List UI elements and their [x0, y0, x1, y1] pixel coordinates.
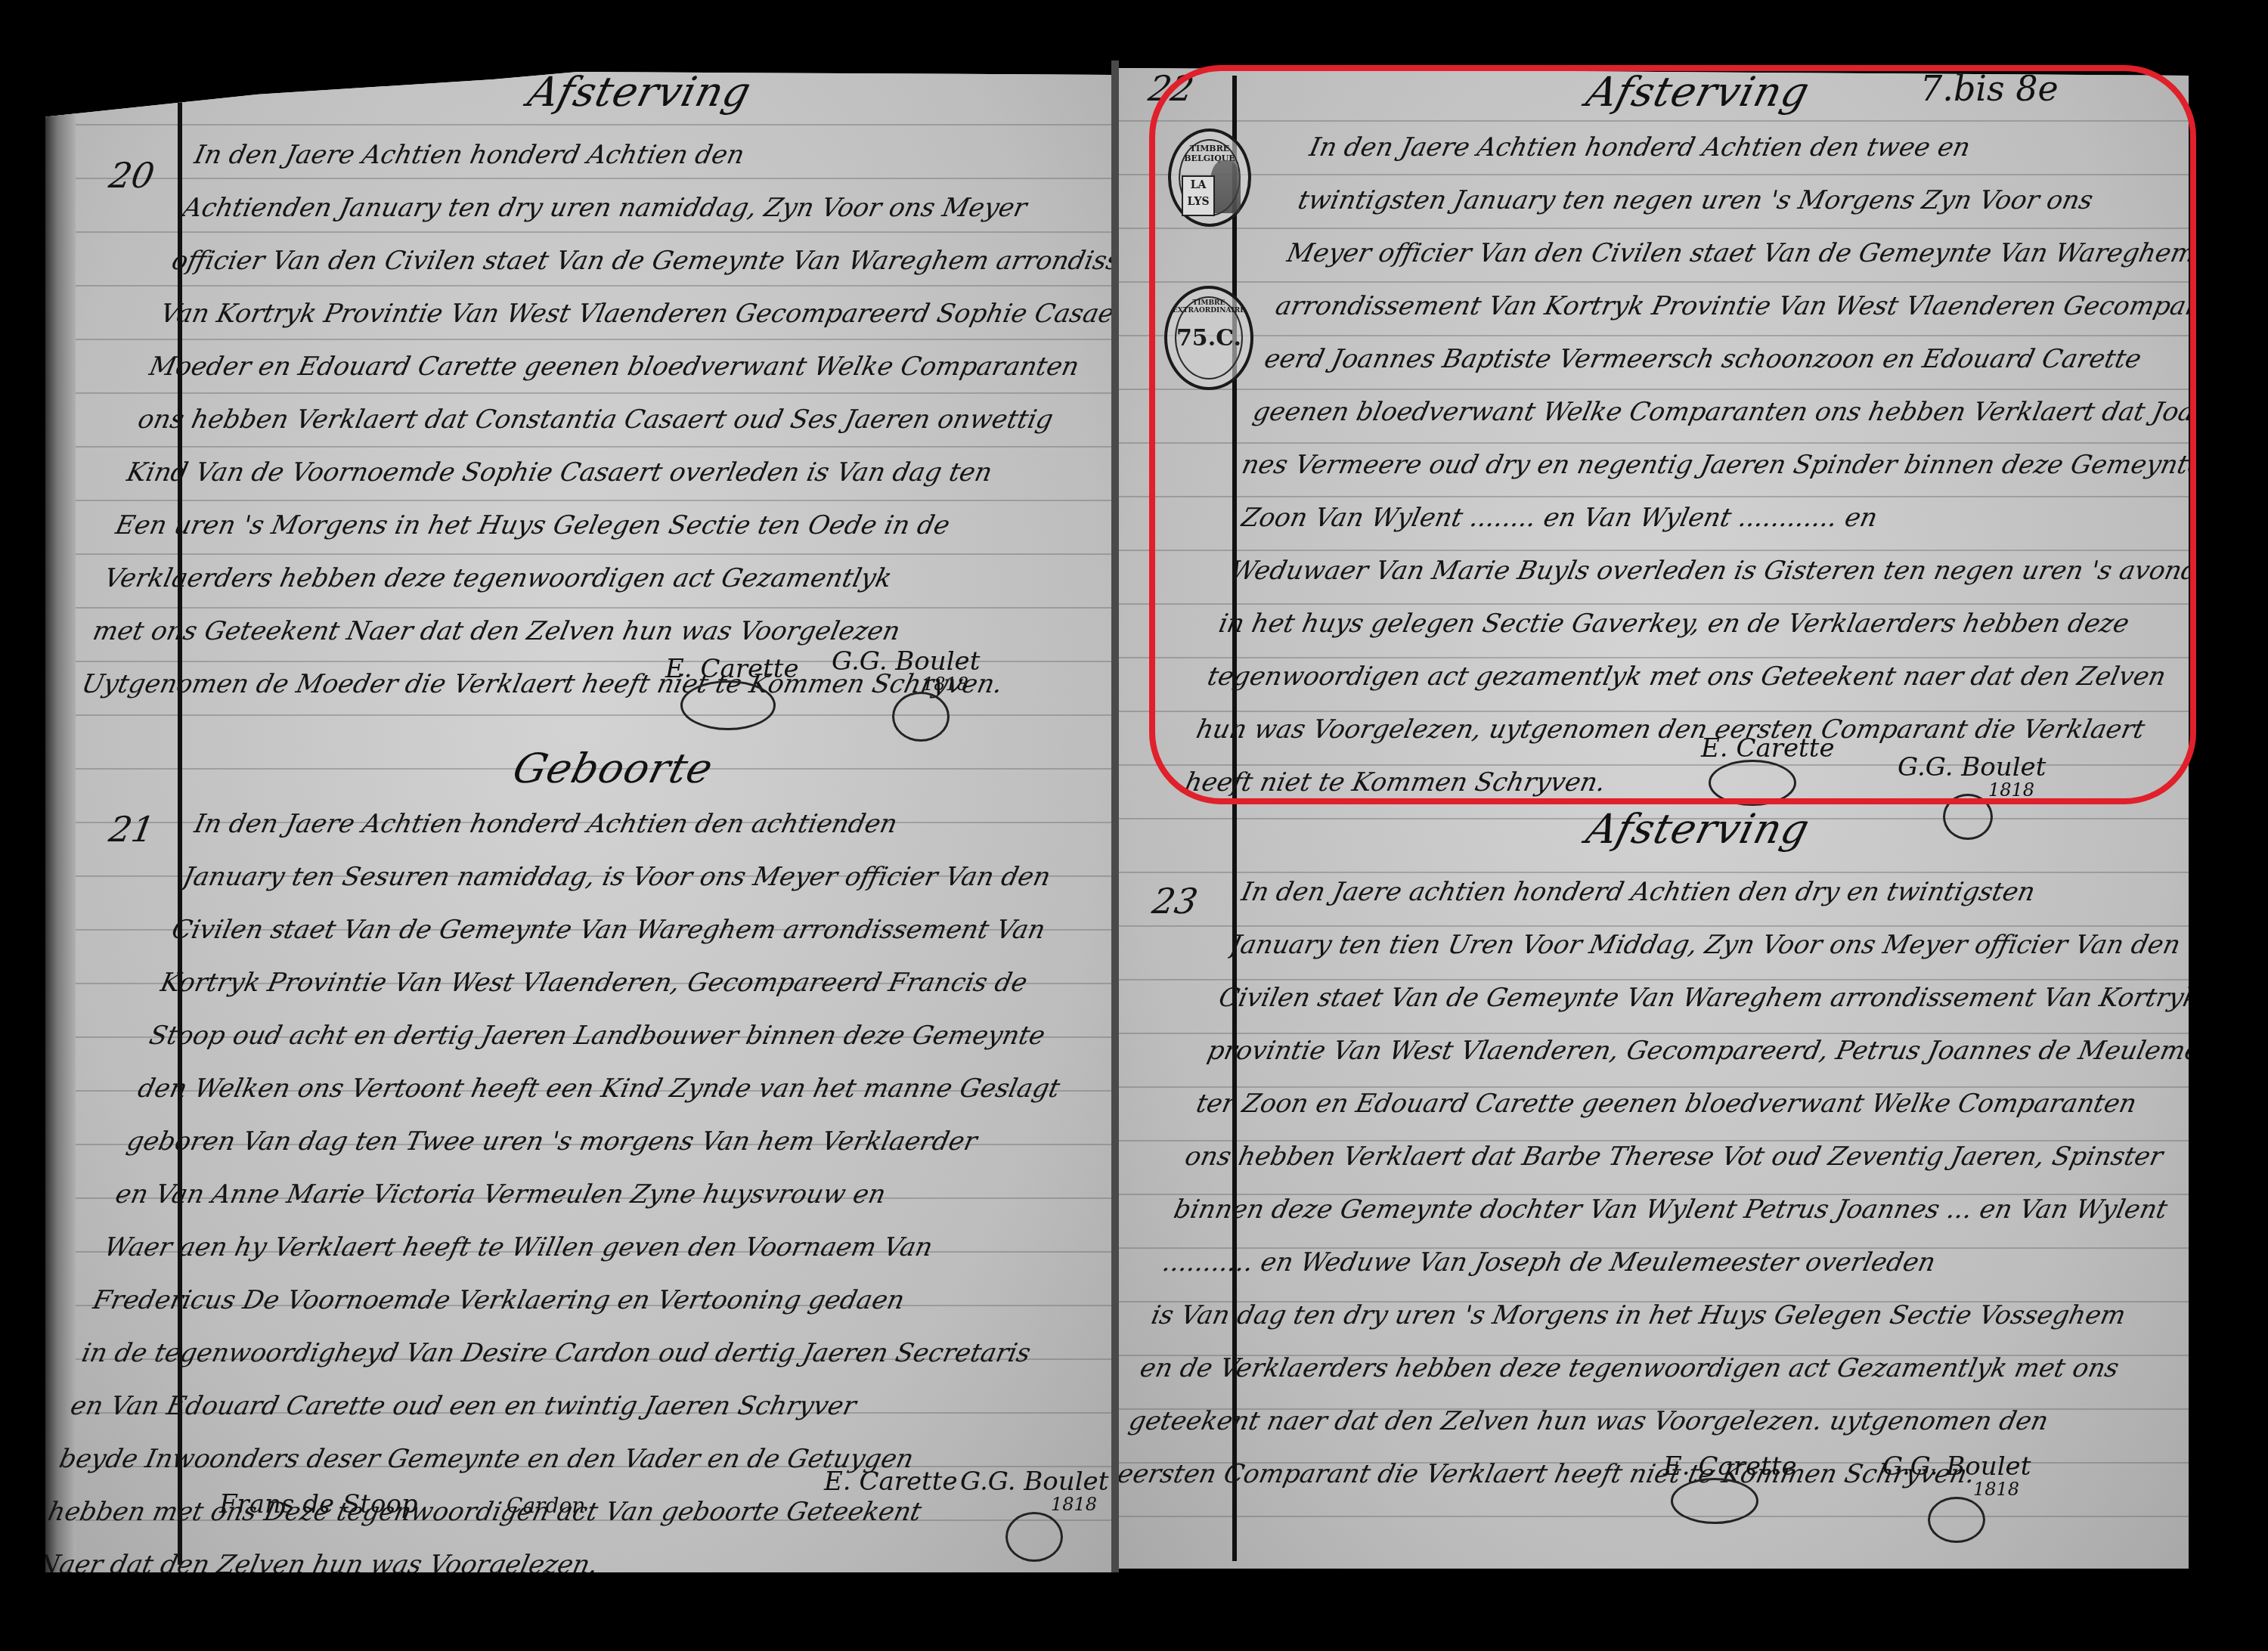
- signature: E. Carette: [824, 1467, 958, 1497]
- record-body: In den Jaere achtien honderd Achtien den…: [1112, 866, 2268, 1501]
- signature-flourish: [1005, 1512, 1063, 1562]
- text-line: den Welken ons Vertoont heeft een Kind Z…: [133, 1062, 1092, 1115]
- text-line: provintie Van West Vlaenderen, Gecompare…: [1202, 1024, 2242, 1077]
- signature: E. Carette: [665, 654, 799, 684]
- signature: G.G. Boulet 1818: [960, 1467, 1108, 1497]
- text-line: In den Jaere Achtien honderd Achtien den…: [189, 798, 1148, 850]
- text-line: en Van Edouard Carette oud een en twinti…: [65, 1380, 1024, 1433]
- text-line: Civilen staet Van de Gemeynte Van Waregh…: [1213, 971, 2254, 1024]
- text-line: Civilen staet Van de Gemeynte Van Waregh…: [166, 903, 1126, 956]
- text-line: is Van dag ten dry uren 's Morgens in he…: [1146, 1289, 2186, 1342]
- text-line: in de tegenwoordigheyd Van Desire Cardon…: [76, 1327, 1036, 1380]
- signature-flourish: [1928, 1497, 1985, 1543]
- record-heading: Afsterving: [1582, 68, 1814, 116]
- text-line: Kortryk Provintie Van West Vlaenderen, G…: [155, 956, 1114, 1009]
- signature-year: 1818: [1973, 1479, 2019, 1500]
- signature: G.G. Boulet 1818: [1882, 1451, 2031, 1482]
- signature: Frans de Stoop: [219, 1489, 418, 1519]
- signature: E. Carette: [1663, 1451, 1797, 1482]
- stamp-text: TIMBRE BELGIQUE: [1171, 144, 1248, 163]
- text-line: Meyer officier Van den Civilen staet Van…: [1281, 227, 2258, 280]
- text-line: Stoop oud acht en dertig Jaeren Landbouw…: [144, 1009, 1104, 1062]
- text-line: geenen bloedverwant Welke Comparanten on…: [1248, 386, 2225, 438]
- signature-flourish: [1709, 760, 1796, 806]
- text-line: Moeder en Edouard Carette geenen bloedve…: [144, 340, 1185, 393]
- record-body: In den Jaere Achtien honderd Achtien den…: [1237, 121, 2268, 491]
- text-line: Naer dat den Zelven hun was Voorgelezen.: [32, 1538, 991, 1591]
- record-heading: Afsterving: [1582, 805, 1814, 853]
- signature-flourish: [680, 680, 776, 730]
- signature-year: 1818: [1051, 1494, 1097, 1515]
- record-number: 20: [106, 155, 157, 196]
- text-line: ter Zoon en Edouard Carette geenen bloed…: [1191, 1077, 2232, 1130]
- record-heading: Afsterving: [523, 68, 756, 116]
- text-line: tegenwoordigen act gezamentlyk met ons G…: [1202, 650, 2194, 703]
- text-line: In den Jaere Achtien honderd Achtien den…: [1304, 121, 2268, 174]
- text-line: en Van Anne Marie Victoria Vermeulen Zyn…: [110, 1168, 1070, 1221]
- text-line: ons hebben Verklaert dat Barbe Therese V…: [1180, 1130, 2220, 1183]
- signature: G.G. Boulet 1818: [832, 646, 980, 677]
- book-spine: [1111, 60, 1119, 1572]
- text-line: geteekent naer dat den Zelven hun was Vo…: [1123, 1395, 2164, 1448]
- text-line: Fredericus De Voornoemde Verklaering en …: [88, 1274, 1047, 1327]
- record-number: 21: [106, 809, 157, 850]
- signature: G.G. Boulet 1818: [1898, 752, 2046, 782]
- signature: E. Carette: [1701, 733, 1835, 764]
- text-line: geboren Van dag ten Twee uren 's morgens…: [122, 1115, 1081, 1168]
- text-line: Zoon Van Wylent ........ en Van Wylent .…: [1236, 491, 2228, 544]
- signature-name: G.G. Boulet: [1882, 1451, 2031, 1482]
- seated-figure-icon: [1210, 160, 1241, 213]
- text-line: Weduwaer Van Marie Buyls overleden is Gi…: [1225, 544, 2217, 597]
- signature-name: G.G. Boulet: [1898, 752, 2046, 782]
- text-line: binnen deze Gemeynte dochter Van Wylent …: [1169, 1183, 2209, 1236]
- text-line: nes Vermeere oud dry en negentig Jaeren …: [1237, 438, 2214, 491]
- text-line: ons hebben Verklaert dat Constantia Casa…: [133, 393, 1173, 446]
- text-line: Achtienden January ten dry uren namiddag…: [178, 181, 1218, 234]
- text-line: In den Jaere achtien honderd Achtien den…: [1236, 866, 2268, 918]
- record-number: 22: [1145, 68, 1197, 109]
- text-line: eerd Joannes Baptiste Vermeersch schoonz…: [1259, 333, 2236, 386]
- text-line: Verklaerders hebben deze tegenwoordigen …: [99, 552, 1139, 605]
- signature: Cardon: [507, 1493, 585, 1518]
- text-line: January ten tien Uren Voor Middag, Zyn V…: [1225, 918, 2265, 971]
- text-line: Een uren 's Morgens in het Huys Gelegen …: [110, 499, 1151, 552]
- stamp-text: TIMBRE EXTRAORDINAIRE: [1167, 299, 1250, 314]
- signature-flourish: [1943, 794, 1993, 840]
- page-reference: 7.bis 8e: [1920, 68, 2059, 109]
- text-line: officier Van den Civilen staet Van de Ge…: [166, 234, 1207, 287]
- revenue-stamp-extraordinaire: TIMBRE EXTRAORDINAIRE 75.C.: [1164, 286, 1253, 390]
- text-line: hun was Voorgelezen, uytgenomen den eers…: [1191, 703, 2183, 756]
- stamp-value: 75.C.: [1167, 325, 1250, 352]
- record-heading: Geboorte: [508, 745, 718, 792]
- text-line: Van Kortryk Provintie Van West Vlaendere…: [155, 287, 1195, 340]
- signature-flourish: [892, 692, 950, 742]
- signature-name: G.G. Boulet: [832, 646, 980, 677]
- text-line: In den Jaere Achtien honderd Achtien den: [189, 129, 1229, 181]
- signature-year: 1818: [1988, 779, 2034, 801]
- right-page: 7.bis 8e 22 Afsterving In den Jaere Acht…: [1119, 68, 2189, 1569]
- stamp-center-text: LA LYS: [1182, 175, 1215, 216]
- text-line: en de Verklaerders hebben deze tegenwoor…: [1135, 1342, 2175, 1395]
- signature-name: G.G. Boulet: [960, 1467, 1108, 1497]
- text-line: twintigsten January ten negen uren 's Mo…: [1293, 174, 2268, 227]
- signature-year: 1818: [922, 674, 968, 695]
- text-line: January ten Sesuren namiddag, is Voor on…: [178, 850, 1137, 903]
- text-line: ........... en Weduwe Van Joseph de Meul…: [1157, 1236, 2198, 1289]
- text-line: in het huys gelegen Sectie Gaverkey, en …: [1213, 597, 2205, 650]
- left-page: 20 Afsterving In den Jaere Achtien honde…: [45, 72, 1111, 1572]
- signature-flourish: [1671, 1478, 1758, 1524]
- revenue-stamp-belgique: TIMBRE BELGIQUE LA LYS: [1168, 129, 1251, 227]
- record-body: In den Jaere Achtien honderd Achtien den…: [76, 129, 1229, 711]
- text-line: arrondissement Van Kortryk Provintie Van…: [1270, 280, 2247, 333]
- text-line: Kind Van de Voornoemde Sophie Casaert ov…: [122, 446, 1162, 499]
- text-line: Waer aen hy Verklaert heeft te Willen ge…: [99, 1221, 1058, 1274]
- page-edge: [45, 72, 76, 1572]
- record-number: 23: [1149, 881, 1201, 922]
